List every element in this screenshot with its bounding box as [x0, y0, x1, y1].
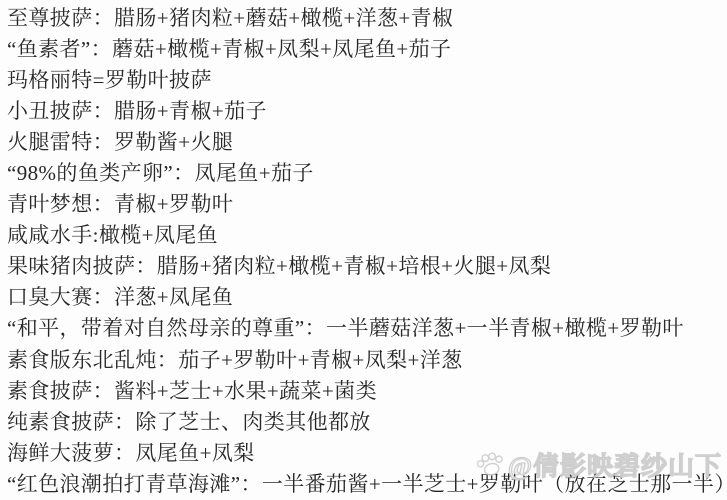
- recipe-line: 玛格丽特=罗勒叶披萨: [0, 65, 727, 96]
- recipe-line: “98%的鱼类产卵”：凤尾鱼+茄子: [0, 158, 727, 189]
- recipe-document: 至尊披萨：腊肠+猪肉粒+蘑菇+橄榄+洋葱+青椒 “鱼素者”：蘑菇+橄榄+青椒+凤…: [0, 0, 727, 500]
- recipe-line: 果味猪肉披萨：腊肠+猪肉粒+橄榄+青椒+培根+火腿+凤梨: [0, 251, 727, 282]
- recipe-line: 咸咸水手:橄榄+凤尾鱼: [0, 220, 727, 251]
- recipe-line: 纯素食披萨：除了芝士、肉类其他都放: [0, 407, 727, 438]
- recipe-line: 青叶梦想：青椒+罗勒叶: [0, 189, 727, 220]
- recipe-line: 至尊披萨：腊肠+猪肉粒+蘑菇+橄榄+洋葱+青椒: [0, 3, 727, 34]
- recipe-line: “鱼素者”：蘑菇+橄榄+青椒+凤梨+凤尾鱼+茄子: [0, 34, 727, 65]
- recipe-line: 火腿雷特：罗勒酱+火腿: [0, 127, 727, 158]
- recipe-line: 素食版东北乱炖：茄子+罗勒叶+青椒+凤梨+洋葱: [0, 345, 727, 376]
- recipe-line: 口臭大赛：洋葱+凤尾鱼: [0, 282, 727, 313]
- recipe-line: “红色浪潮拍打青草海滩”：一半番茄酱+一半芝士+罗勒叶（放在芝士那一半）: [0, 469, 727, 500]
- recipe-line: 小丑披萨：腊肠+青椒+茄子: [0, 96, 727, 127]
- recipe-line: “和平，带着对自然母亲的尊重”：一半蘑菇洋葱+一半青椒+橄榄+罗勒叶: [0, 313, 727, 344]
- recipe-line: 海鲜大菠萝：凤尾鱼+凤梨: [0, 438, 727, 469]
- recipe-line: 素食披萨：酱料+芝士+水果+蔬菜+菌类: [0, 376, 727, 407]
